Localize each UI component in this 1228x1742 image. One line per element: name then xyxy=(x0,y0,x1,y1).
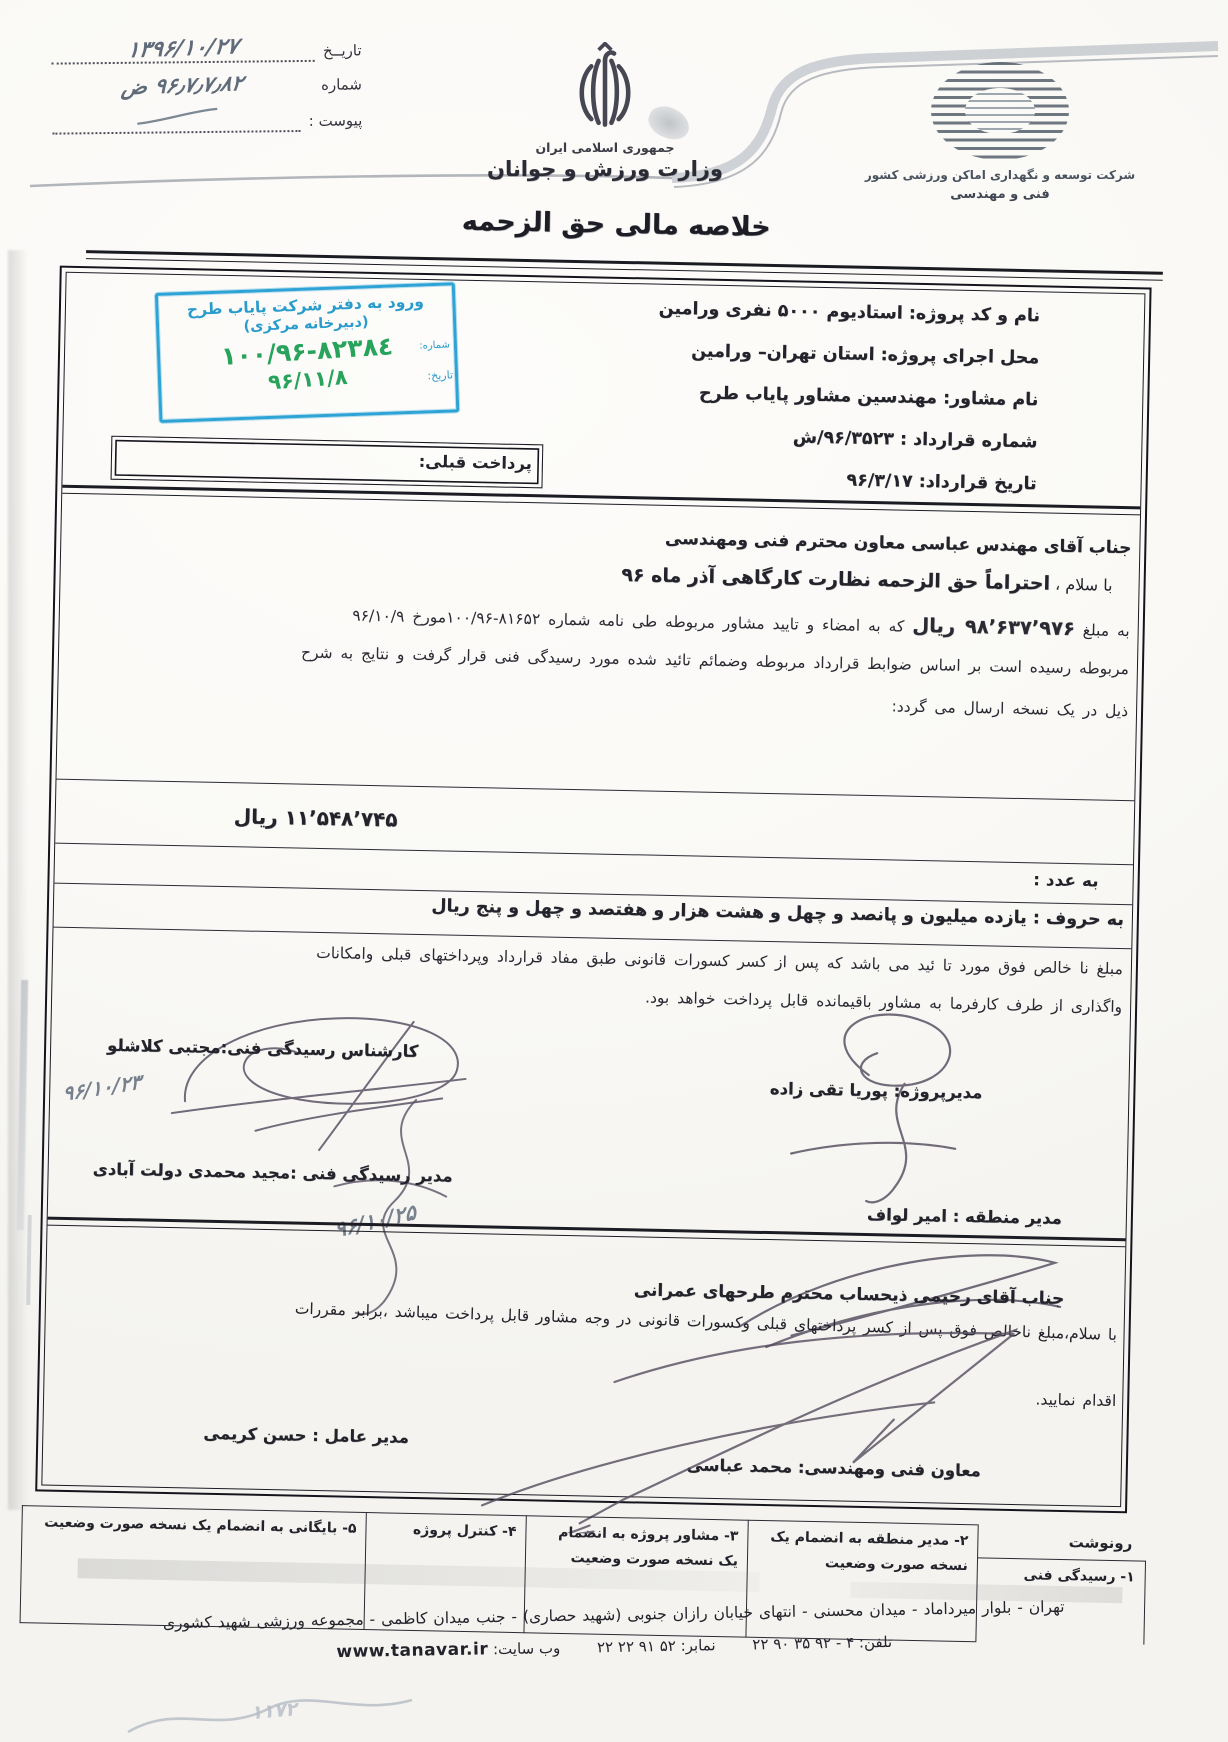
letter1-body-line1: به مبلغ ۹۸٬۶۳۷٬۹۷۶ ریال که به امضاء و تا… xyxy=(352,603,1130,642)
letter1-body-line2: مربوطه رسیده است بر اساس ضوابط قرارداد م… xyxy=(301,644,1129,679)
letterhead-attachment-dotline xyxy=(52,106,301,135)
contract-number-value: ۹۶/۳۵۲۳/ش xyxy=(793,427,894,449)
project-manager-name: پوریا تقی زاده xyxy=(770,1079,888,1100)
letter1-subject-line: با سلام ، احتراماً حق الزحمه نظارت کارگا… xyxy=(621,564,1113,596)
previous-payment-box: پرداخت قبلی: xyxy=(111,436,544,489)
letter1-gross-amount: ۹۸٬۶۳۷٬۹۷۶ ریال xyxy=(912,614,1075,640)
amount-box-line-top xyxy=(56,779,1134,802)
letter1-addressee: جناب آقای مهندس عباسی معاون محترم فنی وم… xyxy=(665,529,1132,558)
entry-stamp-number-label: شماره: xyxy=(419,340,450,352)
iran-emblem-icon xyxy=(564,42,646,138)
project-name-value: استادیوم ۵۰۰۰ نفری ورامین xyxy=(659,299,903,324)
scanned-letter-page: تاریــخ ۱۳۹۶/۱۰/۲۷ شماره ض ۹۶٫۷٫۷٫۸۲ پیو… xyxy=(0,0,1228,1742)
entry-stamp-date-label: تاریخ: xyxy=(427,368,453,382)
review-manager-row: مدیر رسیدگی فنی :مجید محمدی دولت آبادی xyxy=(92,1159,452,1185)
in-figures-label: به عدد : xyxy=(1033,870,1099,891)
project-manager-row: مدیرپروژه: پوریا تقی زاده xyxy=(770,1079,983,1102)
letter1-body-rest: که به امضاء و تایید مشاور مربوطه طی نامه… xyxy=(352,607,904,636)
net-amount-figures: ۱۱٬۵۴۸٬۷۴۵ ریال xyxy=(234,804,398,831)
scan-edge-line-2 xyxy=(26,1215,32,1305)
contract-date-label: تاریخ قرارداد: xyxy=(919,472,1037,494)
amount-box-line-bottom xyxy=(54,927,1132,950)
letter1-body-line3: ذیل در یک نسخه ارسال می گردد: xyxy=(891,697,1128,720)
project-name-row: نام و کد پروژه: استادیوم ۵۰۰۰ نفری ورامی… xyxy=(659,299,1041,327)
footer-phone: تلفن: ۴ - ۹۲ ۳۵ ۹۰ ۲۲ xyxy=(752,1633,892,1654)
contract-date-row: تاریخ قرارداد: ۹۶/۳/۱۷ xyxy=(846,470,1037,494)
project-location-value: استان تهران– ورامین xyxy=(691,341,875,365)
footer-web: وب سایت: www.tanavar.ir xyxy=(336,1639,560,1661)
managing-director-row: مدیر عامل : حسن کریمی xyxy=(203,1424,409,1447)
company-logo-icon xyxy=(931,62,1069,160)
managing-director-label: مدیر عامل : xyxy=(312,1426,409,1447)
letterhead-attachment-label: پیوست : xyxy=(309,111,363,132)
letterhead-number-label: شماره xyxy=(321,75,362,95)
project-manager-label: مدیرپروژه: xyxy=(893,1082,982,1103)
letter1-body-prefix: به مبلغ xyxy=(1083,621,1130,640)
amount-box-line-mid1 xyxy=(55,843,1133,866)
review-manager-name: مجید محمدی دولت آبادی xyxy=(92,1159,290,1182)
expert-name: مجتبی کلاشلو xyxy=(107,1036,221,1057)
letterhead-right-block: شرکت توسعه و نگهداری اماکن ورزشی کشور فن… xyxy=(800,62,1200,202)
margin-scribble-text: ۱۱۷۲ xyxy=(251,1698,300,1724)
letterhead-date-label: تاریــخ xyxy=(323,41,362,61)
deputy-label: معاون فنی ومهندسی: xyxy=(798,1458,981,1481)
letterhead-center-block: جمهوری اسلامی ایران وزارت ورزش و جوانان xyxy=(430,42,780,181)
deputy-name: محمد عباسی xyxy=(686,1455,792,1476)
deputy-row: معاون فنی ومهندسی: محمد عباسی xyxy=(686,1455,981,1480)
contract-number-label: شماره قرارداد : xyxy=(900,430,1038,453)
main-frame-inner: نام و کد پروژه: استادیوم ۵۰۰۰ نفری ورامی… xyxy=(41,272,1145,1507)
letterhead-number-value: ض ۹۶٫۷٫۷٫۸۲ xyxy=(120,71,245,99)
expert-label: کارشناس رسیدگی فنی: xyxy=(220,1038,418,1061)
letterhead-country: جمهوری اسلامی ایران xyxy=(430,140,780,155)
footer-fax: نمابر: ۵۲ ۹۱ ۲۲ ۲۲ xyxy=(597,1636,716,1656)
project-location-row: محل اجرای پروژه: استان تهران– ورامین xyxy=(691,341,1039,368)
review-manager-label: مدیر رسیدگی فنی : xyxy=(290,1163,453,1185)
contract-date-value: ۹۶/۳/۱۷ xyxy=(846,470,913,491)
document-body: خلاصه مالی حق الزحمه نام و کد پروژه: است… xyxy=(30,196,1174,1698)
project-location-label: محل اجرای پروژه: xyxy=(880,345,1039,368)
project-consultant-value: مهندسین مشاور پایاب طرح xyxy=(699,383,937,408)
contract-number-row: شماره قرارداد : ۹۶/۳۵۲۳/ش xyxy=(793,427,1038,452)
managing-director-name: حسن کریمی xyxy=(203,1424,306,1445)
letterhead-left-block: تاریــخ ۱۳۹۶/۱۰/۲۷ شماره ض ۹۶٫۷٫۷٫۸۲ پیو… xyxy=(51,34,362,144)
expert-row: کارشناس رسیدگی فنی:مجتبی کلاشلو xyxy=(107,1036,419,1061)
letterhead-number-row: شماره ض ۹۶٫۷٫۷٫۸۲ xyxy=(52,71,362,98)
letterhead-number-line: ض ۹۶٫۷٫۷٫۸۲ xyxy=(52,72,313,99)
footer-web-label: وب سایت: xyxy=(493,1639,561,1658)
letterhead-date-dotline: ۱۳۹۶/۱۰/۲۷ xyxy=(51,35,315,65)
project-consultant-label: نام مشاور: xyxy=(943,388,1039,410)
letterhead-date-value: ۱۳۹۶/۱۰/۲۷ xyxy=(126,34,241,63)
letterhead-ministry: وزارت ورزش و جوانان xyxy=(430,157,780,181)
project-consultant-row: نام مشاور: مهندسین مشاور پایاب طرح xyxy=(699,383,1039,410)
letterhead-attachment-row: پیوست : xyxy=(52,105,362,134)
entry-stamp: ورود به دفتر شرکت پایاب طرح (دبیرخانه مر… xyxy=(155,282,459,423)
cc-caption: رونوشت xyxy=(978,1524,1147,1560)
main-frame: نام و کد پروژه: استادیوم ۵۰۰۰ نفری ورامی… xyxy=(35,266,1151,1514)
entry-stamp-date-value: ۹۶/۱۱/۸ xyxy=(268,365,349,395)
letterhead-company: شرکت توسعه و نگهداری اماکن ورزشی کشور xyxy=(800,168,1200,182)
attachment-scribble xyxy=(131,107,221,128)
project-manager-signature xyxy=(726,1002,980,1227)
expert-signature xyxy=(159,1001,492,1158)
region-manager-row: مدیر منطقه : امیر لواف xyxy=(867,1205,1062,1228)
scan-edge-smudge xyxy=(8,250,28,1510)
letterhead-date-row: تاریــخ ۱۳۹۶/۱۰/۲۷ xyxy=(51,34,361,64)
letter1-subject: احتراماً حق الزحمه نظارت کارگاهی آذر ماه… xyxy=(621,564,1050,595)
review-manager-signature-date: ۹۶/۱۰/۲۵ xyxy=(333,1200,417,1242)
previous-payment-label: پرداخت قبلی: xyxy=(418,452,532,473)
letter1-salutation: با سلام ، xyxy=(1055,575,1113,595)
letter2-body-line2: اقدام نمایید. xyxy=(1035,1390,1116,1410)
letter1-note-line2: واگذاری از طرف کارفرما به مشاور باقیماند… xyxy=(645,989,1122,1017)
project-name-label: نام و کد پروژه: xyxy=(909,304,1041,327)
region-manager-name: امیر لواف xyxy=(867,1205,947,1226)
in-words-label: به حروف : xyxy=(1033,908,1124,930)
letter2-addressee: جناب آقای رحیمی ذیحساب محترم طرحهای عمرا… xyxy=(634,1280,1065,1309)
letter1-note-line1: مبلغ نا خالص فوق مورد تا ئید می باشد که … xyxy=(316,944,1123,978)
region-manager-label: مدیر منطقه : xyxy=(953,1207,1063,1228)
footer-web-url: www.tanavar.ir xyxy=(336,1639,488,1662)
letterhead-department: فنی و مهندسی xyxy=(800,187,1200,202)
expert-signature-date: ۹۶/۱۰/۲۳ xyxy=(63,1069,141,1105)
